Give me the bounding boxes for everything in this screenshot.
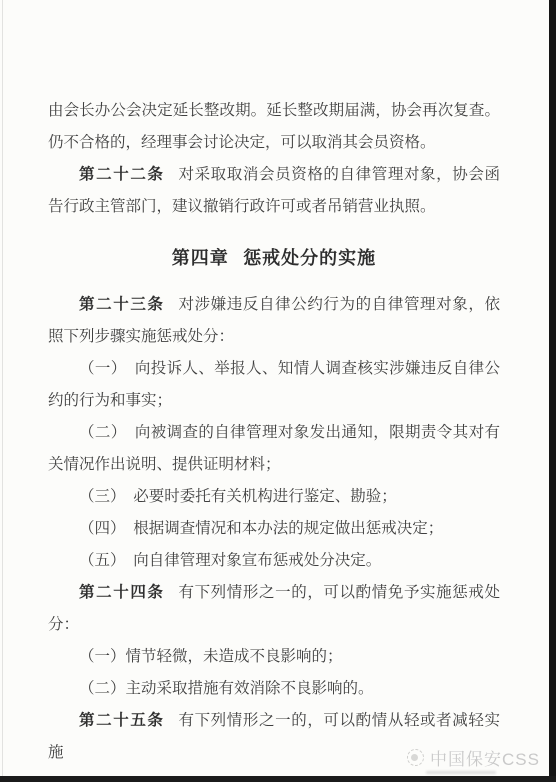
watermark-label: 中国保安CSS [430, 745, 540, 770]
watermark: 中国保安CSS [407, 745, 540, 770]
chapter-number-label: 第四章 [172, 248, 229, 268]
article-number-label: 第二十四条 [79, 584, 165, 601]
list-item-paragraph: （三） 必要时委托有关机构进行鉴定、勘验； [48, 481, 500, 513]
article-paragraph: 第二十二条对采取取消会员资格的自律管理对象，协会函告行政主管部门，建议撤销行政许… [48, 159, 500, 223]
list-item-paragraph: （一） 向投诉人、举报人、知情人调查核实涉嫌违反自律公约的行为和事实； [48, 353, 500, 417]
chapter-title: 惩戒处分的实施 [243, 248, 376, 268]
document-body: 由会长办公会决定延长整改期。延长整改期届满，协会再次复查。仍不合格的，经理事会讨… [48, 95, 500, 769]
list-item-paragraph: （五） 向自律管理对象宣布惩戒处分决定。 [48, 545, 500, 577]
page-right-edge [549, 0, 556, 782]
list-item-paragraph: （二） 向被调查的自律管理对象发出通知，限期责令其对有关情况作出说明、提供证明材… [48, 417, 500, 481]
list-item-paragraph: （二）主动采取措施有效消除不良影响的。 [48, 673, 500, 705]
article-number-label: 第二十三条 [79, 296, 165, 313]
list-item-paragraph: （四） 根据调查情况和本办法的规定做出惩戒决定； [48, 513, 500, 545]
list-item-paragraph: （一）情节轻微，未造成不良影响的； [48, 641, 500, 673]
page-left-edge-line [2, 0, 3, 782]
scan-smudge [426, 771, 496, 774]
article-number-label: 第二十五条 [79, 712, 165, 729]
page-bottom-edge [0, 776, 556, 782]
article-paragraph: 第二十四条有下列情形之一的，可以酌情免予实施惩戒处分： [48, 577, 500, 641]
article-paragraph: 第二十三条对涉嫌违反自律公约行为的自律管理对象，依照下列步骤实施惩戒处分： [48, 289, 500, 353]
article-number-label: 第二十二条 [79, 166, 165, 183]
chapter-heading: 第四章惩戒处分的实施 [48, 243, 500, 273]
body-paragraph: 由会长办公会决定延长整改期。延长整改期届满，协会再次复查。仍不合格的，经理事会讨… [48, 95, 500, 159]
scanned-document-page: 由会长办公会决定延长整改期。延长整改期届满，协会再次复查。仍不合格的，经理事会讨… [0, 0, 556, 782]
publisher-logo-icon [407, 749, 424, 766]
